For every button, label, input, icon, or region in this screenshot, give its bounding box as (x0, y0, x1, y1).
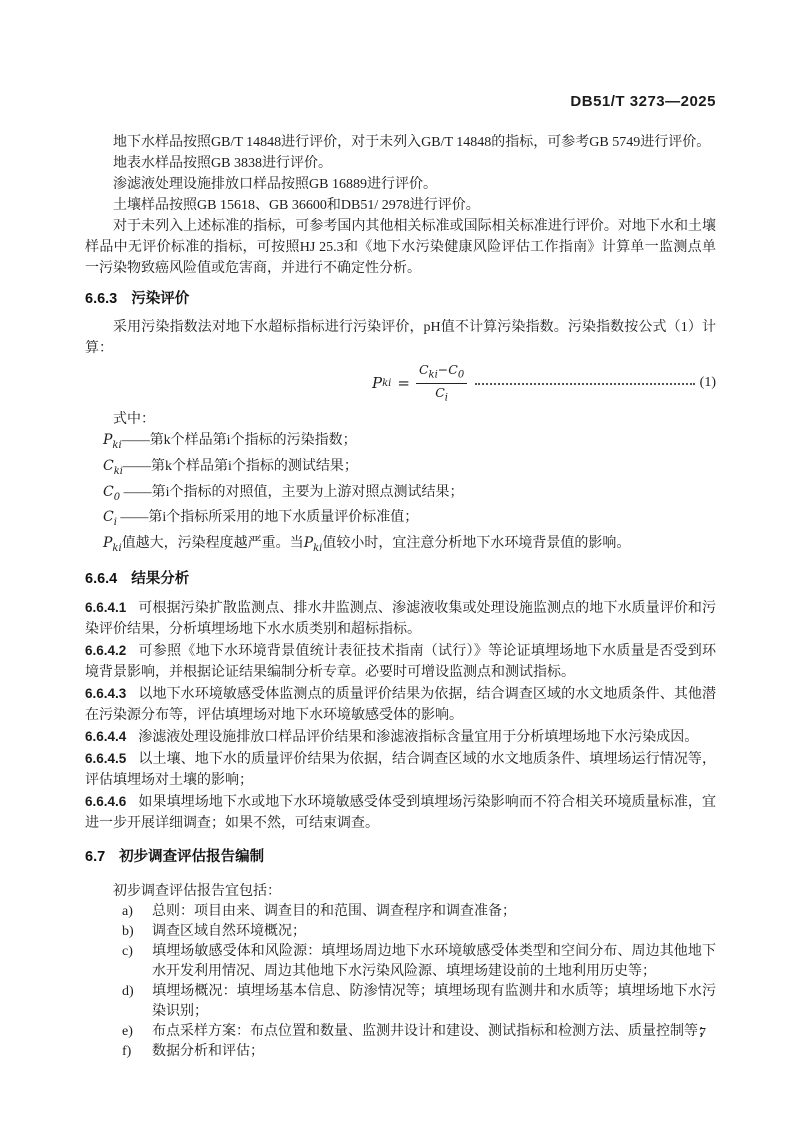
clause-text: 可参照《地下水环境背景值统计表征技术指南（试行）》等论证填埋场地下水质量是否受到… (85, 644, 716, 680)
formula-expression: Pki=Cki−C0Ci (372, 362, 467, 405)
definition-ci: Ci ——第i个指标所采用的地下水质量评价标准值； (85, 507, 716, 533)
symbol-pki: Pki (103, 432, 122, 448)
clause-number: 6.6.4.5 (85, 751, 126, 766)
report-intro: 初步调查评估报告宜包括： (85, 881, 716, 902)
section-title: 初步调查评估报告编制 (119, 849, 264, 865)
clause-text: 以地下水环境敏感受体监测点的质量评价结果为依据，结合调查区域的水文地质条件、其他… (85, 687, 716, 723)
standard-number: DB51/T 3273—2025 (570, 93, 716, 110)
denominator-subscript: i (445, 392, 448, 403)
symbol-c0: C0 (103, 484, 120, 500)
clause-number: 6.6.4.6 (85, 794, 126, 809)
clause-number: 6.6.4.2 (85, 643, 126, 658)
numerator-symbol-1: C (419, 362, 429, 377)
section-title: 污染评价 (131, 291, 189, 307)
list-label: d) (122, 982, 152, 1002)
definition-text: ——第i个指标的对照值，主要为上游对照点测试结果； (120, 485, 463, 500)
formula-lhs-subscript: ki (382, 378, 391, 389)
list-text: 总则：项目由来、调查目的和范围、调查程序和调查准备； (152, 904, 516, 919)
section-title: 结果分析 (131, 571, 189, 587)
document-content: DB51/T 3273—2025 地下水样品按照GB/T 14848进行评价，对… (85, 93, 716, 1062)
definition-c0: C0 ——第i个指标的对照值，主要为上游对照点测试结果； (85, 482, 716, 508)
clause-6645: 6.6.4.5以土壤、地下水的质量评价结果为依据，结合调查区域的水文地质条件、填… (85, 748, 716, 791)
list-text: 填埋场概况：填埋场基本信息、防渗情况等；填埋场现有监测井和水质等；填埋场地下水污… (152, 984, 716, 1019)
definition-text: ——第k个样品第i个指标的污染指数； (122, 433, 357, 448)
clause-6641: 6.6.4.1可根据污染扩散监测点、排水井监测点、渗滤液收集或处理设施监测点的地… (85, 597, 716, 640)
list-text: 数据分析和评估； (152, 1044, 264, 1059)
numerator-symbol-2: C (448, 362, 458, 377)
definition-pki: Pki——第k个样品第i个指标的污染指数； (85, 430, 716, 456)
paragraph-groundwater-eval: 地下水样品按照GB/T 14848进行评价，对于未列入GB/T 14848的指标… (85, 132, 716, 153)
clause-6642: 6.6.4.2可参照《地下水环境背景值统计表征技术指南（试行）》等论证填埋场地下… (85, 640, 716, 683)
list-text: 填埋场敏感受体和风险源：填埋场周边地下水环境敏感受体类型和空间分布、周边其他地下… (152, 944, 716, 979)
paragraph-pollution-index-method: 采用污染指数法对地下水超标指标进行污染评价，pH值不计算污染指数。污染指数按公式… (85, 317, 716, 359)
note-text: 值越大，污染程度越严重。当 (122, 536, 304, 551)
clause-text: 渗滤液处理设施排放口样品评价结果和渗滤液指标含量宜用于分析填埋场地下水污染成因。 (138, 730, 698, 745)
section-number: 6.6.3 (85, 291, 117, 307)
list-item-e: e)布点采样方案：布点位置和数量、监测井设计和建设、测试指标和检测方法、质量控制… (85, 1022, 716, 1042)
fraction-denominator: Ci (416, 384, 467, 405)
list-text: 调查区域自然环境概况； (152, 924, 306, 939)
paragraph-other-standards: 对于未列入上述标准的指标，可参考国内其他相关标准或国际相关标准进行评价。对地下水… (85, 216, 716, 279)
where-label: 式中： (85, 409, 716, 430)
clause-text: 如果填埋场地下水或地下水环境敏感受体受到填埋场污染影响而不符合相关环境质量标准，… (85, 795, 716, 831)
symbol-pki: Pki (304, 535, 323, 551)
clause-number: 6.6.4.1 (85, 600, 126, 615)
list-item-d: d)填埋场概况：填埋场基本信息、防渗情况等；填埋场现有监测井和水质等；填埋场地下… (85, 982, 716, 1022)
formula-lhs-symbol: P (372, 374, 382, 392)
list-item-f: f)数据分析和评估； (85, 1042, 716, 1062)
dot-leader (475, 383, 694, 385)
definition-cki: Cki——第k个样品第i个指标的测试结果； (85, 456, 716, 482)
clause-6646: 6.6.4.6如果填埋场地下水或地下水环境敏感受体受到填埋场污染影响而不符合相关… (85, 791, 716, 834)
clause-6643: 6.6.4.3以地下水环境敏感受体监测点的质量评价结果为依据，结合调查区域的水文… (85, 683, 716, 726)
clause-text: 可根据污染扩散监测点、排水井监测点、渗滤液收集或处理设施监测点的地下水质量评价和… (85, 601, 716, 637)
numerator-subscript-1: ki (429, 369, 438, 380)
list-label: e) (122, 1022, 152, 1042)
section-heading-67: 6.7初步调查评估报告编制 (85, 847, 716, 867)
list-label: f) (122, 1042, 152, 1062)
clause-number: 6.6.4.3 (85, 686, 126, 701)
note-text: 值较小时，宜注意分析地下水环境背景值的影响。 (322, 536, 630, 551)
clause-6644: 6.6.4.4渗滤液处理设施排放口样品评价结果和渗滤液指标含量宜用于分析填埋场地… (85, 726, 716, 748)
paragraph-soil-eval: 土壤样品按照GB 15618、GB 36600和DB51/ 2978进行评价。 (85, 195, 716, 216)
list-label: b) (122, 922, 152, 942)
equals-sign: = (397, 374, 410, 392)
section-heading-664: 6.6.4结果分析 (85, 569, 716, 589)
clause-number: 6.6.4.4 (85, 729, 126, 744)
symbol-ci: Ci (103, 509, 117, 525)
definition-text: ——第k个样品第i个指标的测试结果； (123, 459, 358, 474)
section-number: 6.7 (85, 849, 105, 865)
page-header: DB51/T 3273—2025 (85, 93, 716, 111)
fraction-numerator: Cki−C0 (416, 362, 467, 384)
paragraph-surfacewater-eval: 地表水样品按照GB 3838进行评价。 (85, 153, 716, 174)
document-page: DB51/T 3273—2025 地下水样品按照GB/T 14848进行评价，对… (0, 0, 794, 1123)
minus-sign: − (438, 362, 448, 377)
list-item-b: b)调查区域自然环境概况； (85, 922, 716, 942)
equation-1: Pki=Cki−C0Ci (1) (85, 362, 716, 404)
definition-note: Pki值越大，污染程度越严重。当Pki值较小时，宜注意分析地下水环境背景值的影响… (85, 533, 716, 559)
list-label: c) (122, 942, 152, 962)
symbol-pki: Pki (103, 535, 122, 551)
page-number: 7 (699, 1026, 706, 1041)
section-heading-663: 6.6.3污染评价 (85, 289, 716, 309)
list-label: a) (122, 902, 152, 922)
definition-text: ——第i个指标所采用的地下水质量评价标准值； (117, 510, 418, 525)
equation-number: (1) (700, 375, 716, 391)
numerator-subscript-2: 0 (458, 369, 464, 380)
list-item-c: c)填埋场敏感受体和风险源：填埋场周边地下水环境敏感受体类型和空间分布、周边其他… (85, 942, 716, 982)
paragraph-leachate-outlet-eval: 渗滤液处理设施排放口样品按照GB 16889进行评价。 (85, 174, 716, 195)
section-number: 6.6.4 (85, 571, 117, 587)
symbol-cki: Cki (103, 458, 123, 474)
clause-text: 以土壤、地下水的质量评价结果为依据，结合调查区域的水文地质条件、填埋场运行情况等… (85, 752, 716, 788)
list-item-a: a)总则：项目由来、调查目的和范围、调查程序和调查准备； (85, 902, 716, 922)
list-text: 布点采样方案：布点位置和数量、监测井设计和建设、测试指标和检测方法、质量控制等； (152, 1024, 712, 1039)
formula-fraction: Cki−C0Ci (416, 362, 467, 405)
denominator-symbol: C (435, 385, 445, 400)
page-footer: 7 (699, 1026, 706, 1042)
